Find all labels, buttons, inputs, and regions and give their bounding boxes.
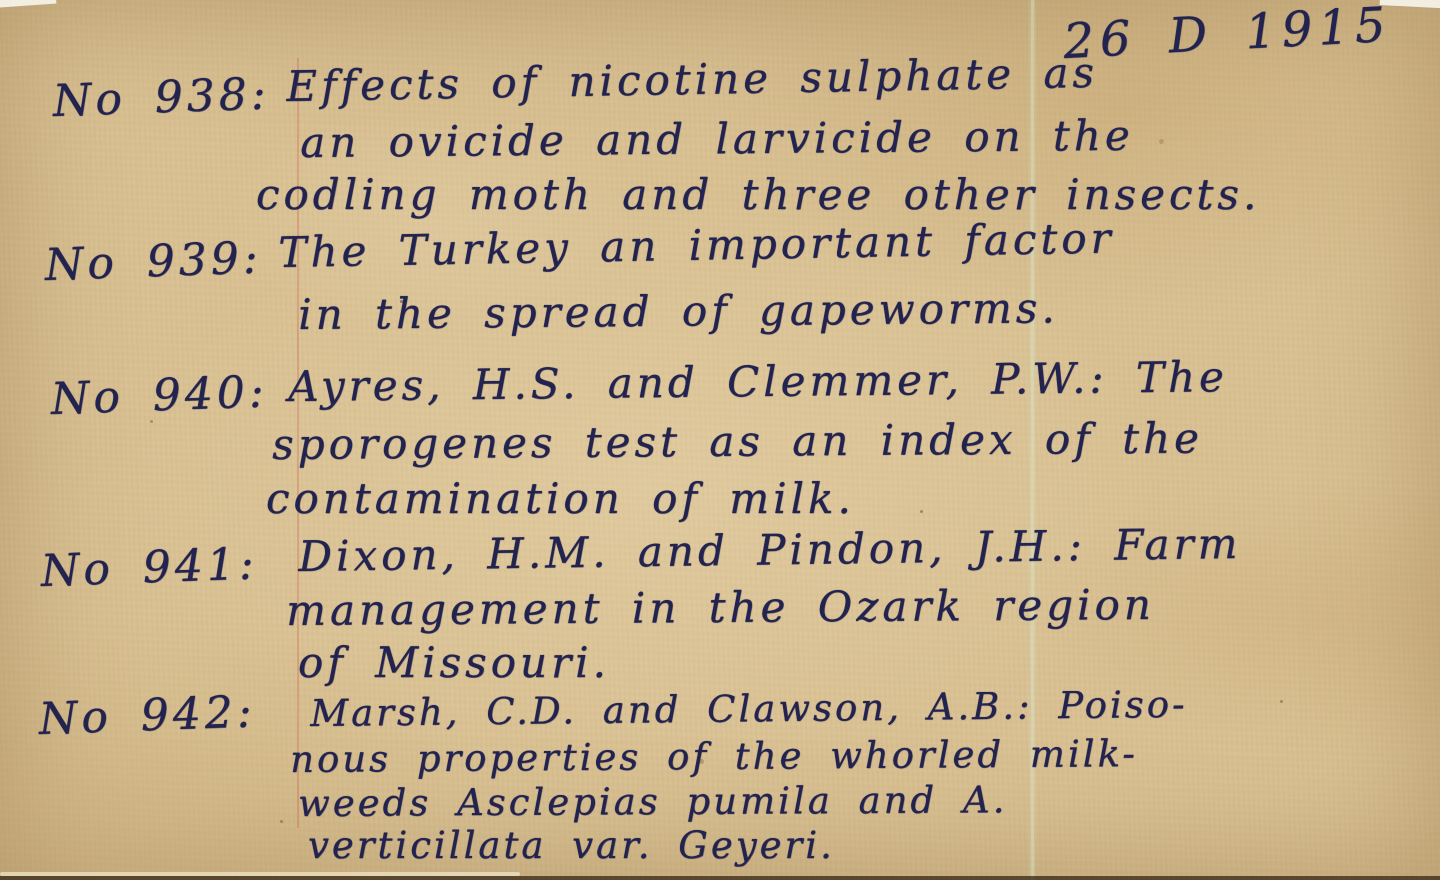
- entry-940-line-3: contamination of milk.: [266, 474, 855, 523]
- entry-942-line-2: nous properties of the whorled milk-: [290, 732, 1138, 781]
- entry-942-line-4: verticillata var. Geyeri.: [308, 824, 835, 867]
- bottom-edge-shadow: [0, 876, 1440, 880]
- entry-942-line-3: weeds Asclepias pumila and A.: [298, 778, 1008, 825]
- entry-940-line-1: Ayres, H.S. and Clemmer, P.W.: The: [288, 352, 1228, 411]
- entry-941-line-3: of Missouri.: [298, 638, 610, 687]
- entry-940-line-2: sporogenes test as an index of the: [272, 414, 1203, 469]
- entry-938-line-3: codling moth and three other insects.: [256, 170, 1260, 219]
- index-card: 26 D 1915 No 938: Effects of nicotine su…: [0, 0, 1440, 880]
- entry-939-line-1: The Turkey an important factor: [278, 213, 1115, 277]
- scan-corner-top-left: [0, 0, 56, 8]
- entry-941-label: No 941:: [40, 538, 258, 597]
- entry-938-line-1: Effects of nicotine sulphate as: [286, 48, 1098, 111]
- entry-940-label: No 940:: [50, 366, 268, 425]
- date: 26 D 1915: [1062, 0, 1393, 70]
- entry-941-line-2: management in the Ozark region: [286, 580, 1155, 635]
- entry-941-line-1: Dixon, H.M. and Pindon, J.H.: Farm: [298, 519, 1242, 581]
- entry-942-line-1: Marsh, C.D. and Clawson, A.B.: Poiso-: [310, 683, 1188, 735]
- entry-939-line-2: in the spread of gapeworms.: [298, 283, 1059, 339]
- entry-938-label: No 938:: [52, 68, 270, 127]
- entry-939-label: No 939:: [44, 232, 262, 291]
- entry-942-label: No 942:: [38, 686, 256, 745]
- entry-938-line-2: an ovicide and larvicide on the: [300, 111, 1134, 167]
